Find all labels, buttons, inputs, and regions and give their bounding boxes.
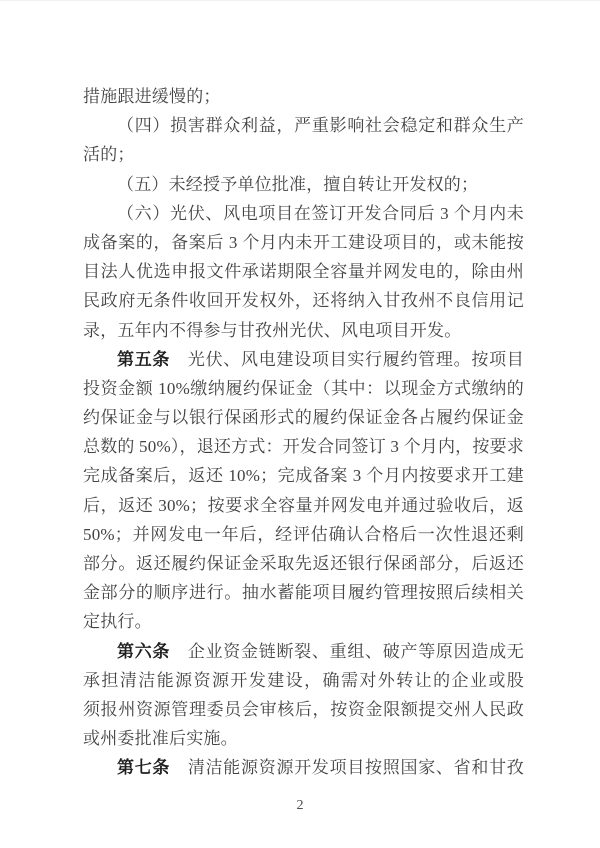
- text-line: 第六条 企业资金链断裂、重组、破产等原因造成无力: [83, 637, 524, 666]
- document-text-block: 措施跟进缓慢的；（四）损害群众利益，严重影响社会稳定和群众生产生活的；（五）未经…: [83, 82, 524, 783]
- text-segment: 完成备案后，返还 10%；完成备案 3 个月内按要求开工建设: [83, 466, 524, 490]
- text-segment: 光伏、风电建设项目实行履约管理。按项目总: [117, 350, 524, 374]
- text-segment: 措施跟进缓慢的；: [83, 87, 221, 106]
- text-line: 第七条 清洁能源资源开发项目按照国家、省和甘孜州: [83, 753, 524, 782]
- text-line: 须报州资源管理委员会审核后，按资金限额提交州人民政府: [83, 695, 524, 724]
- text-segment: 约保证金与以银行保函形式的履约保证金各占履约保证金: [83, 408, 524, 427]
- text-segment: （四）损害群众利益，严重影响社会稳定和群众生产生: [117, 116, 524, 140]
- article-number: 第七条: [117, 758, 170, 777]
- text-line: 金部分的顺序进行。抽水蓄能项目履约管理按照后续相关规: [83, 578, 524, 607]
- text-segment: （六）光伏、风电项目在签订开发合同后 3 个月内未完: [117, 204, 524, 228]
- page-number: 2: [0, 797, 600, 815]
- text-line: 活的；: [83, 140, 524, 169]
- text-line: 措施跟进缓慢的；: [83, 82, 524, 111]
- text-line: （五）未经授予单位批准，擅自转让开发权的；: [83, 170, 524, 199]
- text-line: 总数的 50%），退还方式：开发合同签订 3 个月内，按要求: [83, 432, 524, 461]
- text-line: 成备案的，备案后 3 个月内未开工建设项目的，或未能按项: [83, 228, 524, 257]
- text-line: 民政府无条件收回开发权外，还将纳入甘孜州不良信用记: [83, 286, 524, 315]
- article-number: 第六条: [117, 642, 170, 661]
- text-line: 50%；并网发电一年后，经评估确认合格后一次性退还剩余: [83, 520, 524, 549]
- text-line: （六）光伏、风电项目在签订开发合同后 3 个月内未完: [83, 199, 524, 228]
- text-line: 完成备案后，返还 10%；完成备案 3 个月内按要求开工建设: [83, 461, 524, 490]
- text-segment: 投资金额 10%缴纳履约保证金（其中：以现金方式缴纳的履: [83, 379, 524, 403]
- text-segment: 民政府无条件收回开发权外，还将纳入甘孜州不良信用记: [83, 291, 524, 310]
- document-page: 措施跟进缓慢的；（四）损害群众利益，严重影响社会稳定和群众生产生活的；（五）未经…: [0, 0, 600, 848]
- text-line: 约保证金与以银行保函形式的履约保证金各占履约保证金: [83, 403, 524, 432]
- text-segment: 录，五年内不得参与甘孜州光伏、风电项目开发。: [83, 321, 461, 340]
- text-line: 目法人优选申报文件承诺期限全容量并网发电的，除由州人: [83, 257, 524, 286]
- text-segment: 清洁能源资源开发项目按照国家、省和甘孜州: [117, 758, 524, 782]
- text-segment: 50%；并网发电一年后，经评估确认合格后一次性退还剩余: [83, 525, 524, 549]
- text-segment: 活的；: [83, 145, 135, 164]
- text-segment: 总数的 50%），退还方式：开发合同签订 3 个月内，按要求: [83, 437, 524, 456]
- text-segment: 后，返还 30%；按要求全容量并网发电并通过验收后，返还: [83, 496, 524, 520]
- article-number: 第五条: [117, 350, 170, 369]
- text-line: 定执行。: [83, 607, 524, 636]
- text-line: 投资金额 10%缴纳履约保证金（其中：以现金方式缴纳的履: [83, 374, 524, 403]
- text-line: （四）损害群众利益，严重影响社会稳定和群众生产生: [83, 111, 524, 140]
- text-segment: 部分。返还履约保证金采取先返还银行保函部分，后返还现: [83, 554, 524, 578]
- text-segment: 定执行。: [83, 612, 152, 631]
- text-segment: 须报州资源管理委员会审核后，按资金限额提交州人民政府: [83, 700, 524, 724]
- text-segment: 目法人优选申报文件承诺期限全容量并网发电的，除由州人: [83, 262, 524, 286]
- text-segment: 企业资金链断裂、重组、破产等原因造成无力: [117, 642, 524, 666]
- text-line: 第五条 光伏、风电建设项目实行履约管理。按项目总: [83, 345, 524, 374]
- text-line: 部分。返还履约保证金采取先返还银行保函部分，后返还现: [83, 549, 524, 578]
- text-segment: 承担清洁能源资源开发建设，确需对外转让的企业或股东，: [83, 671, 524, 695]
- text-line: 录，五年内不得参与甘孜州光伏、风电项目开发。: [83, 316, 524, 345]
- text-segment: 金部分的顺序进行。抽水蓄能项目履约管理按照后续相关规: [83, 583, 524, 607]
- text-segment: 成备案的，备案后 3 个月内未开工建设项目的，或未能按项: [83, 233, 524, 257]
- text-segment: 或州委批准后实施。: [83, 729, 238, 748]
- text-line: 或州委批准后实施。: [83, 724, 524, 753]
- text-line: 后，返还 30%；按要求全容量并网发电并通过验收后，返还: [83, 491, 524, 520]
- text-line: 承担清洁能源资源开发建设，确需对外转让的企业或股东，: [83, 666, 524, 695]
- text-segment: （五）未经授予单位批准，擅自转让开发权的；: [117, 175, 478, 194]
